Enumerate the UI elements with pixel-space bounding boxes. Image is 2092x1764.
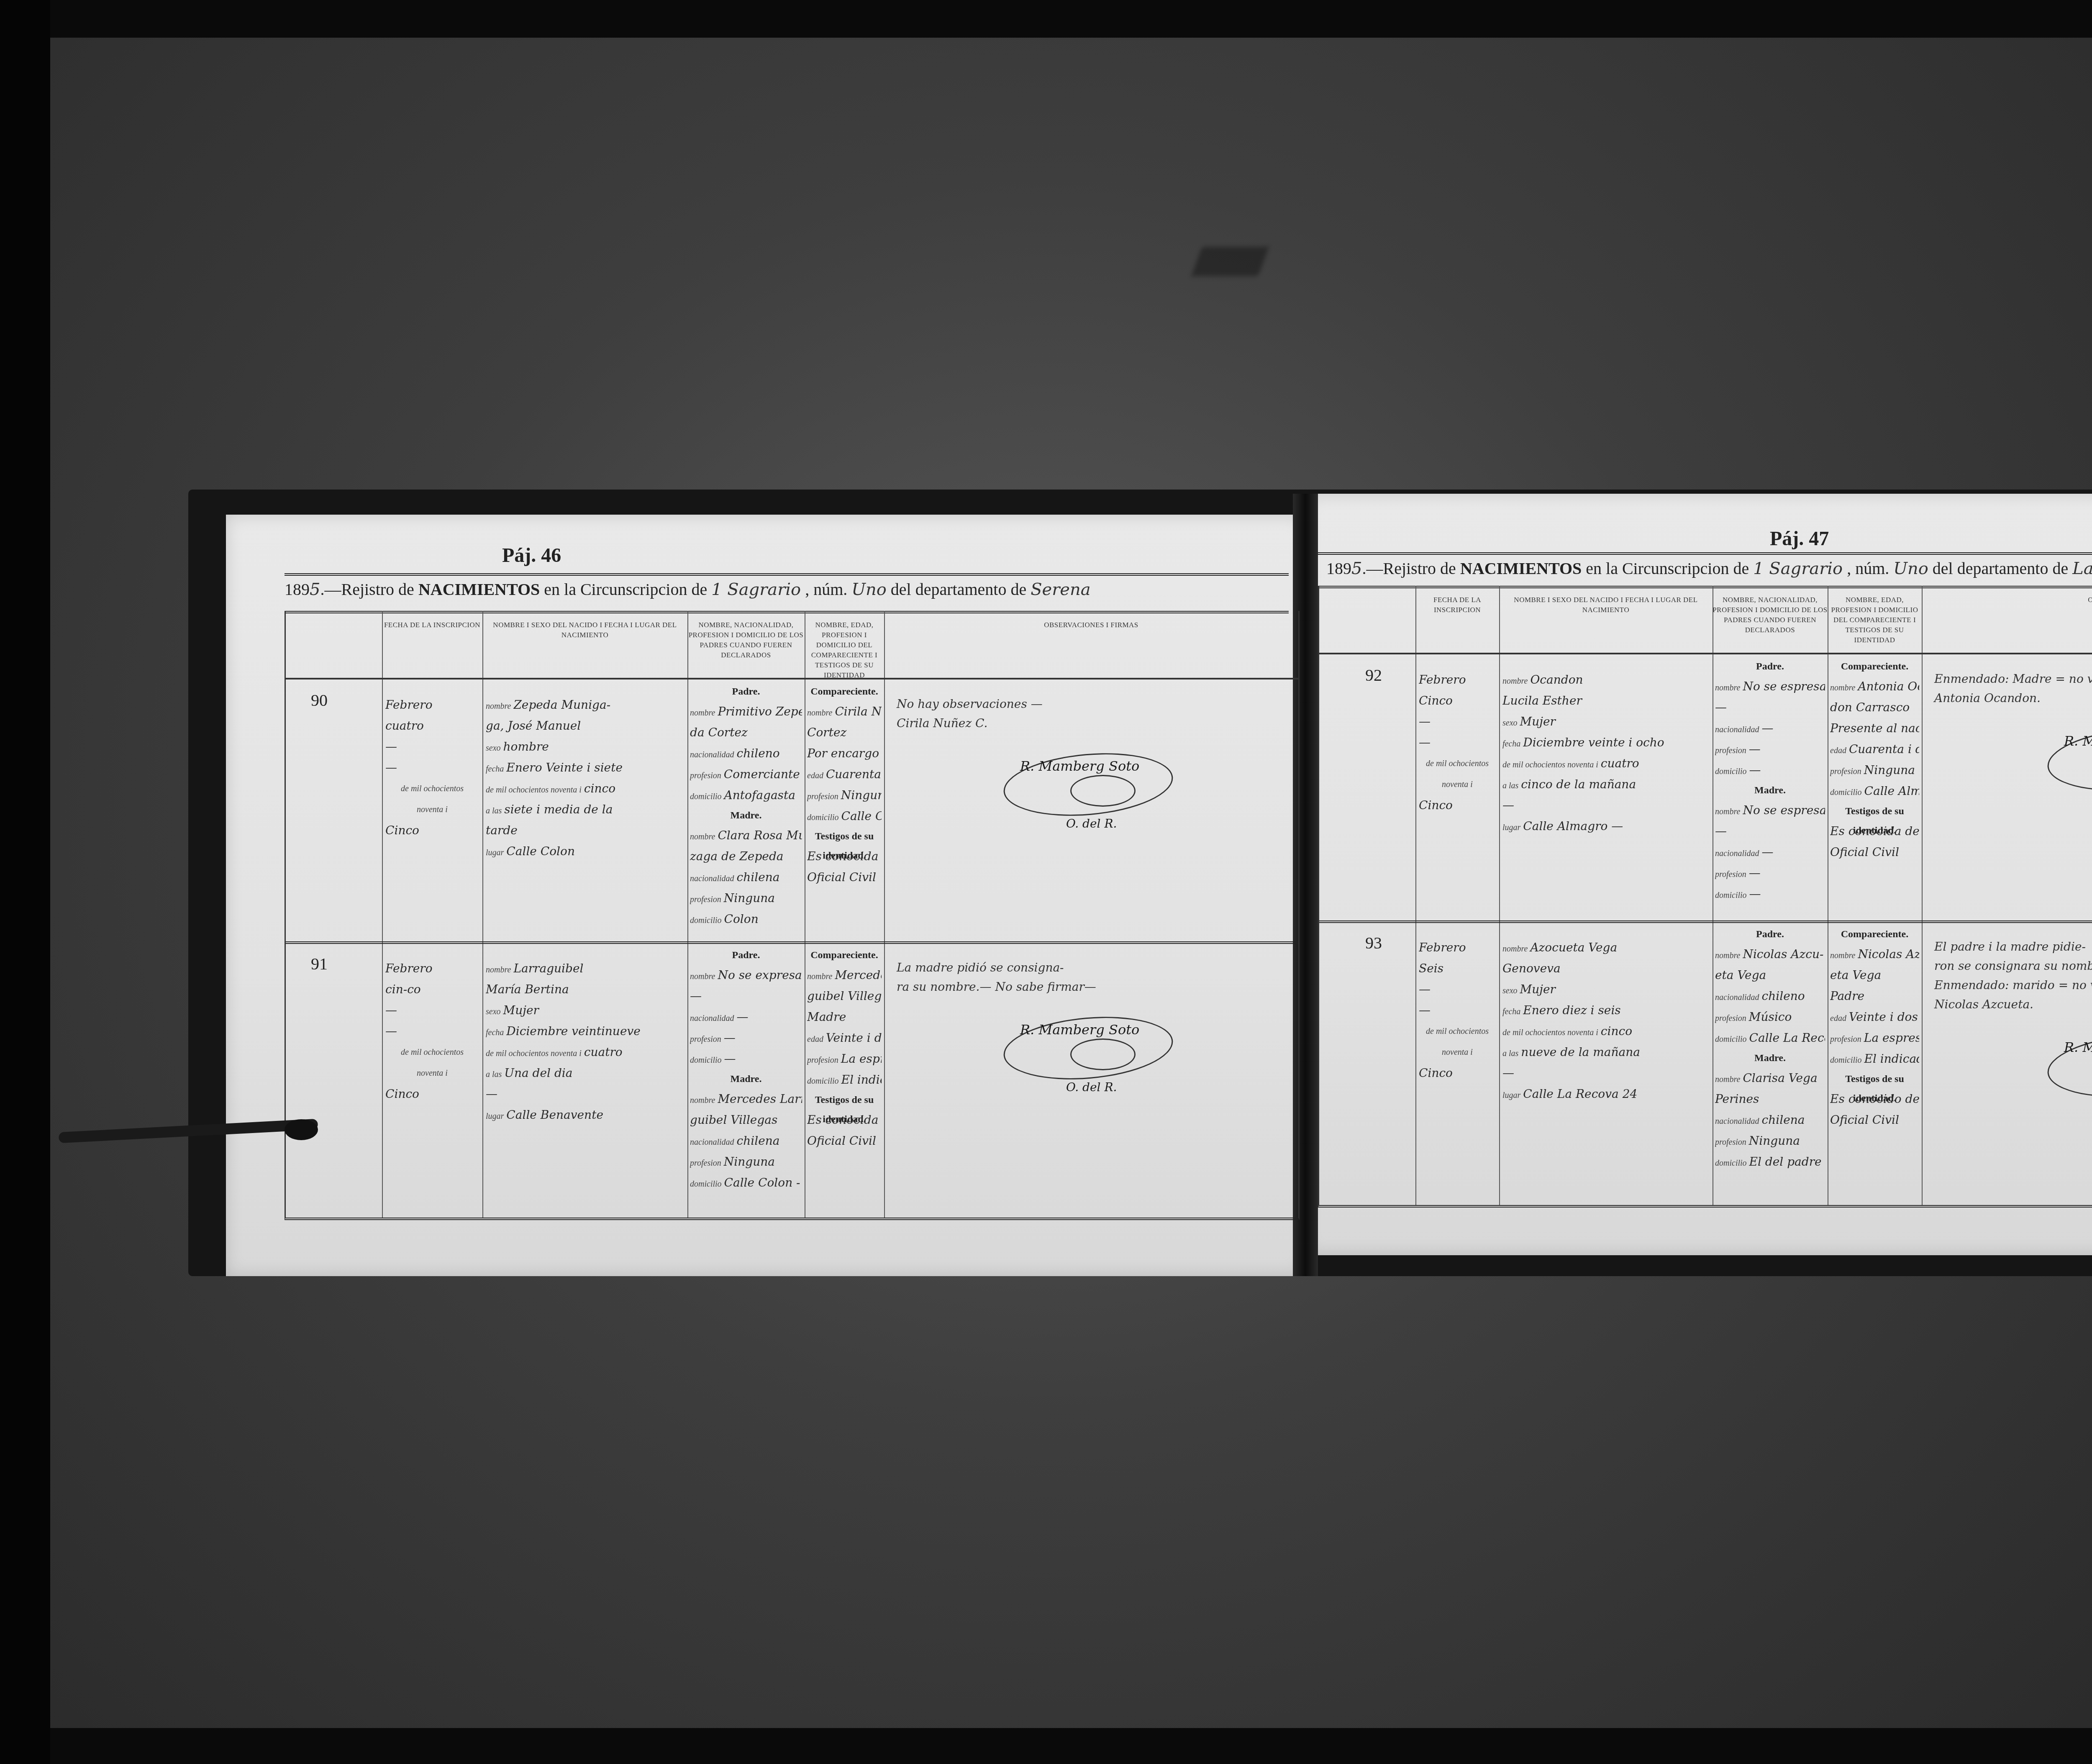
compareciente-nombre-label: nombre xyxy=(807,708,832,718)
signature-name: R. Mamberg Soto xyxy=(2064,1039,2092,1055)
observaciones-cell: La madre pidió se consigna-ra su nombre.… xyxy=(897,958,1286,1085)
compareciente-profesion-value: La espresada xyxy=(1864,1028,1919,1049)
header-divider xyxy=(1319,653,2092,654)
insc-noventa-label: noventa i xyxy=(385,799,479,820)
madre-nombre-label: nombre xyxy=(1715,807,1740,816)
nacido-nombre-cont-value: Genoveva xyxy=(1502,958,1626,979)
nacido-sexo-label: sexo xyxy=(486,744,501,753)
nacido-anio-label: de mil ochocientos noventa i xyxy=(1502,760,1598,769)
entry-number: 91 xyxy=(311,954,328,974)
padre-nombre-cont-value: eta Vega xyxy=(1715,965,1781,986)
nacido-cell: nombreZepeda Muniga-ga, José Manuelsexoh… xyxy=(486,695,684,862)
nacido-anio-label: de mil ochocientos noventa i xyxy=(486,785,582,795)
register-title: 1895.—Rejistro de NACIMIENTOS en la Circ… xyxy=(1326,559,2092,578)
padre-nombre-cont-row: eta Vega xyxy=(1715,965,1825,986)
padre-heading: Padre. xyxy=(690,682,802,701)
entry-divider xyxy=(1319,920,2092,923)
padre-domicilio-label: domicilio xyxy=(690,792,722,801)
nacido-hora-cont-value: tarde xyxy=(486,820,605,841)
nacido-lugar-row: lugarCalle Benavente xyxy=(486,1105,684,1126)
nacido-nombre-value: Azocueta Vega xyxy=(1530,937,1654,958)
signature-name: R. Mamberg Soto xyxy=(1020,758,1139,774)
nacido-hora-label: a las xyxy=(1502,1049,1518,1058)
nacido-hora-cont-value: — xyxy=(1502,1063,1626,1084)
padre-nacionalidad-row: nacionalidadchileno xyxy=(690,743,802,764)
madre-profesion-label: profesion xyxy=(1715,870,1746,879)
page-number: Páj. 46 xyxy=(502,544,561,567)
observacion-line: Enmendado: marido = no vale xyxy=(1934,976,2092,995)
compareciente-heading: Compareciente. xyxy=(807,682,882,701)
compareciente-edad-row: edadCuarenta i dos años xyxy=(1830,739,1919,760)
compareciente-domicilio-value: Calle Colon xyxy=(841,806,882,827)
compareciente-edad-row: edadCuarenta i dos años xyxy=(807,764,882,785)
nacido-hora-label: a las xyxy=(486,806,502,815)
madre-nombre-cont-value: guibel Villegas xyxy=(690,1110,777,1131)
padre-heading: Padre. xyxy=(690,946,802,965)
official-signature: R. Mamberg SotoO. del R. xyxy=(2047,1027,2092,1102)
compareciente-nombre-cont-row: guibel Villegas xyxy=(807,986,882,1007)
nacido-hora-cont-row: — xyxy=(1502,1063,1709,1084)
nacido-fecha-value: Enero diez i seis xyxy=(1523,1000,1647,1021)
padre-nombre-cont-value: — xyxy=(690,986,757,1007)
compareciente-cell: Compareciente.nombreMercedes Larraguibel… xyxy=(807,946,882,1151)
testigos-line-row: Oficial Civil xyxy=(1830,842,1919,863)
nacido-fecha-label: fecha xyxy=(1502,739,1520,749)
inscripcion-mes-value: Febrero xyxy=(1419,937,1466,958)
insc-mil-label: de mil ochocientos xyxy=(385,1042,479,1063)
compareciente-nombre-cont-row: eta Vega xyxy=(1830,965,1919,986)
padre-domicilio-row: domicilioCalle La Recova 24 xyxy=(1715,1028,1825,1049)
madre-profesion-value: Ninguna xyxy=(724,888,791,909)
madre-nombre-cont-row: — xyxy=(1715,821,1825,842)
madre-heading: Madre. xyxy=(690,806,802,825)
inscripcion-blank-row: — xyxy=(385,736,479,757)
nacido-hora-label: a las xyxy=(486,1070,502,1079)
testigos-heading: Testigos de su identidad. xyxy=(807,827,882,846)
nacido-lugar-row: lugarCalle La Recova 24 xyxy=(1502,1084,1709,1105)
madre-domicilio-row: domicilioCalle Colon - 29 xyxy=(690,1172,802,1193)
entry-divider xyxy=(286,941,1298,944)
column-divider xyxy=(1828,586,1828,1205)
madre-domicilio-value: El del padre xyxy=(1749,1151,1822,1172)
padre-nombre-value: Nicolas Azcu- xyxy=(1743,944,1823,965)
column-header: Nombre, edad, profesion i domicilio del … xyxy=(1828,586,1922,653)
column-header xyxy=(1319,586,1415,653)
madre-nacionalidad-label: nacionalidad xyxy=(1715,1117,1759,1126)
column-divider xyxy=(1713,586,1713,1205)
inscripcion-mes-row: Febrero xyxy=(1419,937,1496,958)
official-signature: R. Mamberg SotoO. del R. xyxy=(1003,1009,1179,1085)
title-bold: NACIMIENTOS xyxy=(418,580,540,599)
nacido-sexo-label: sexo xyxy=(1502,986,1518,995)
madre-heading: Madre. xyxy=(690,1069,802,1089)
entry-number: 90 xyxy=(311,690,328,710)
nacido-hora-value: cinco de la mañana xyxy=(1521,774,1645,795)
madre-profesion-row: profesion— xyxy=(1715,863,1825,884)
padre-nacionalidad-label: nacionalidad xyxy=(1715,993,1759,1002)
compareciente-profesion-row: profesionNinguna xyxy=(807,785,882,806)
compareciente-nombre-cont-value: Cortez xyxy=(807,722,852,743)
padre-nacionalidad-value: chileno xyxy=(1762,986,1825,1007)
madre-nombre-label: nombre xyxy=(690,1096,715,1105)
nacido-hora-value: siete i media de la xyxy=(504,799,623,820)
madre-nombre-value: Clarisa Vega xyxy=(1743,1068,1817,1089)
nacido-sexo-label: sexo xyxy=(486,1007,501,1016)
compareciente-cell: Compareciente.nombreCirila NuñezCortezPo… xyxy=(807,682,882,888)
inscripcion-cell: Febrerocin-co——de mil ochocientosnoventa… xyxy=(385,958,479,1105)
testigos-line-value: Es conocido del xyxy=(1830,1089,1919,1110)
madre-domicilio-row: domicilioEl del padre xyxy=(1715,1151,1825,1172)
compareciente-profesion-row: profesionLa espresada xyxy=(807,1049,882,1069)
madre-nombre-row: nombreClarisa Vega xyxy=(1715,1068,1825,1089)
title-post: en la Circunscripcion de xyxy=(540,580,711,599)
padre-nombre-cont-value: da Cortez xyxy=(690,722,757,743)
testigos-line-value: Oficial Civil xyxy=(1830,1110,1899,1131)
madre-nacionalidad-value: chilena xyxy=(1762,1110,1825,1131)
nacido-nombre-cont-row: Lucila Esther xyxy=(1502,690,1709,711)
depto-label: del departamento de xyxy=(887,580,1031,599)
column-header: Nombre, nacionalidad, profesion i domici… xyxy=(1713,586,1828,653)
nacido-hora-cont-value: — xyxy=(486,1084,605,1105)
nacido-nombre-cont-row: ga, José Manuel xyxy=(486,715,684,736)
inscripcion-cell: FebreroSeis——de mil ochocientosnoventa i… xyxy=(1419,937,1496,1084)
signature-title: O. del R. xyxy=(1066,817,1117,831)
compareciente-cell: Compareciente.nombreNicolas Azcu-eta Veg… xyxy=(1830,925,1919,1131)
column-header: Nombre, edad, profesion i domicilio del … xyxy=(805,611,884,678)
nacido-nombre-cont-value: ga, José Manuel xyxy=(486,715,605,736)
testigos-line-row: Es conocido del xyxy=(1830,1089,1919,1110)
year-handwritten: 5 xyxy=(1351,559,1362,578)
padre-domicilio-label: domicilio xyxy=(1715,1035,1747,1044)
compareciente-profesion-value: Ninguna xyxy=(1864,760,1918,781)
padre-nombre-cont-value: — xyxy=(1715,697,1781,718)
column-header: Nombre, nacionalidad, profesion i domici… xyxy=(687,611,805,678)
nacido-lugar-label: lugar xyxy=(1502,823,1520,832)
scan-border-top xyxy=(0,0,2092,38)
padre-nombre-cont-row: da Cortez xyxy=(690,722,802,743)
padre-nombre-value: No se espresa xyxy=(1743,676,1825,697)
year-handwritten: 5 xyxy=(310,580,320,599)
madre-nombre-label: nombre xyxy=(1715,1075,1740,1084)
madre-nombre-row: nombreNo se espresa xyxy=(1715,800,1825,821)
padre-profesion-row: profesionMúsico xyxy=(1715,1007,1825,1028)
padre-nombre-row: nombreNicolas Azcu- xyxy=(1715,944,1825,965)
num-value: Uno xyxy=(851,580,887,599)
padre-domicilio-row: domicilio— xyxy=(1715,760,1825,781)
inscripcion-blank-value: — xyxy=(1419,979,1465,1000)
padre-domicilio-value: — xyxy=(1749,760,1815,781)
inscripcion-cell: Febrerocuatro——de mil ochocientosnoventa… xyxy=(385,695,479,841)
circunscripcion-value: 1 Sagrario xyxy=(1753,559,1843,578)
padre-domicilio-value: — xyxy=(724,1049,792,1069)
column-divider xyxy=(382,611,383,1218)
title-pre: .—Rejistro de xyxy=(320,580,418,599)
madre-nacionalidad-label: nacionalidad xyxy=(690,1138,734,1147)
compareciente-relacion-value: Madre xyxy=(807,1007,852,1028)
inscripcion-anio-row: Cinco xyxy=(385,1084,479,1105)
nacido-cell: nombreLarraguibelMaría BertinasexoMujerf… xyxy=(486,958,684,1126)
padre-nombre-value: Primitivo Zepe- xyxy=(718,701,802,722)
official-signature: R. Mamberg SotoO. del R. xyxy=(2047,720,2092,796)
column-header: Fecha de la inscripcion xyxy=(1415,586,1499,653)
inscripcion-blank-value: — xyxy=(385,1000,441,1021)
compareciente-profesion-label: profesion xyxy=(807,792,838,801)
padre-profesion-label: profesion xyxy=(1715,1014,1746,1023)
compareciente-edad-row: edadVeinte i dos años xyxy=(807,1028,882,1049)
padre-nacionalidad-label: nacionalidad xyxy=(1715,725,1759,734)
nacido-nombre-label: nombre xyxy=(486,702,511,711)
compareciente-relacion-value: Por encargo de la madre xyxy=(807,743,882,764)
padre-nombre-row: nombreNo se espresa xyxy=(1715,676,1825,697)
padre-nacionalidad-value: chileno xyxy=(737,743,802,764)
year-printed: 189 xyxy=(1326,559,1351,578)
nacido-anio-label: de mil ochocientos noventa i xyxy=(486,1049,582,1058)
observaciones-cell: No hay observaciones —Cirila Nuñez C.R. … xyxy=(897,695,1286,821)
compareciente-domicilio-label: domicilio xyxy=(807,813,839,822)
madre-domicilio-label: domicilio xyxy=(690,1179,722,1189)
compareciente-profesion-label: profesion xyxy=(1830,1035,1861,1044)
padre-nombre-label: nombre xyxy=(690,708,715,718)
nacido-anio-value: cuatro xyxy=(1601,753,1709,774)
compareciente-heading: Compareciente. xyxy=(1830,657,1919,676)
nacido-hora-value: nueve de la mañana xyxy=(1521,1042,1645,1063)
nacido-sexo-value: Mujer xyxy=(503,1000,622,1021)
padres-cell: Padre.nombreNicolas Azcu-eta Veganaciona… xyxy=(1715,925,1825,1172)
madre-nombre-value: No se espresa xyxy=(1743,800,1825,821)
year-printed: 189 xyxy=(285,580,310,599)
madre-domicilio-row: domicilio— xyxy=(1715,884,1825,905)
nacido-fecha-row: fechaDiciembre veinte i ocho xyxy=(1502,732,1709,753)
madre-nombre-cont-value: — xyxy=(1715,821,1781,842)
padre-profesion-label: profesion xyxy=(690,771,721,780)
observacion-line: No hay observaciones — xyxy=(897,695,1286,714)
nacido-hora-row: a lasnueve de la mañana xyxy=(1502,1042,1709,1063)
padre-profesion-value: Músico xyxy=(1749,1007,1815,1028)
padre-nacionalidad-label: nacionalidad xyxy=(690,750,734,759)
column-header: Fecha de la inscripcion xyxy=(382,611,482,678)
compareciente-edad-label: edad xyxy=(807,1035,823,1044)
inscripcion-dia-row: cin-co xyxy=(385,979,479,1000)
compareciente-nombre-label: nombre xyxy=(807,972,832,981)
padre-nombre-row: nombrePrimitivo Zepe- xyxy=(690,701,802,722)
madre-domicilio-value: — xyxy=(1749,884,1815,905)
madre-profesion-label: profesion xyxy=(690,1159,721,1168)
observaciones-cell: Enmendado: Madre = no vale-Antonia Ocand… xyxy=(1934,669,2092,796)
nacido-anio-label: de mil ochocientos noventa i xyxy=(1502,1028,1598,1037)
padre-nombre-label: nombre xyxy=(690,972,715,981)
testigos-line-row: Es conocida del xyxy=(807,1110,882,1131)
compareciente-relacion-row: Por encargo de la madre xyxy=(807,743,882,764)
compareciente-nombre-value: Mercedes Larra xyxy=(835,965,882,986)
inscripcion-blank-value: — xyxy=(385,736,441,757)
compareciente-domicilio-row: domicilioEl indicado xyxy=(807,1069,882,1090)
nacido-sexo-value: Mujer xyxy=(1520,979,1644,1000)
nacido-anio-row: de mil ochocientos noventa icuatro xyxy=(486,1042,684,1063)
nacido-fecha-label: fecha xyxy=(486,1028,504,1037)
inscripcion-anio-value: Cinco xyxy=(385,820,441,841)
nacido-sexo-row: sexoMujer xyxy=(1502,979,1709,1000)
padre-nacionalidad-label: nacionalidad xyxy=(690,1014,734,1023)
observacion-line: ron se consignara su nombre xyxy=(1934,956,2092,976)
compareciente-edad-label: edad xyxy=(1830,746,1846,755)
nacido-cell: nombreOcandonLucila EsthersexoMujerfecha… xyxy=(1502,669,1709,837)
official-signature: R. Mamberg SotoO. del R. xyxy=(1003,746,1179,821)
nacido-lugar-row: lugarCalle Colon xyxy=(486,841,684,862)
nacido-nombre-row: nombreLarraguibel xyxy=(486,958,684,979)
nacido-nombre-label: nombre xyxy=(1502,944,1528,954)
testigos-line-value: Oficial Civil xyxy=(807,867,876,888)
nacido-sexo-row: sexohombre xyxy=(486,736,684,757)
nacido-hora-cont-row: tarde xyxy=(486,820,684,841)
observacion-line: El padre i la madre pidie- xyxy=(1934,937,2092,956)
padre-profesion-label: profesion xyxy=(1715,746,1746,755)
compareciente-domicilio-label: domicilio xyxy=(1830,1056,1862,1065)
compareciente-edad-value: Cuarenta i dos años xyxy=(1849,739,1919,760)
entry-number: 92 xyxy=(1365,665,1382,685)
madre-nacionalidad-row: nacionalidad— xyxy=(1715,842,1825,863)
inscripcion-mes-value: Febrero xyxy=(385,958,441,979)
nacido-fecha-label: fecha xyxy=(1502,1007,1520,1016)
column-header: Observaciones i firmas xyxy=(1922,586,2092,653)
signature-title: O. del R. xyxy=(1066,1080,1117,1094)
insc-noventa-label: noventa i xyxy=(1419,774,1496,795)
padre-nombre-cont-row: — xyxy=(1715,697,1825,718)
nacido-fecha-value: Diciembre veintinueve xyxy=(506,1021,641,1042)
nacido-nombre-value: Ocandon xyxy=(1530,669,1654,690)
compareciente-nombre-cont-value: guibel Villegas xyxy=(807,986,882,1007)
column-header xyxy=(286,611,382,678)
column-divider xyxy=(1499,586,1500,1205)
padre-nombre-label: nombre xyxy=(1715,683,1740,692)
nacido-nombre-row: nombreAzocueta Vega xyxy=(1502,937,1709,958)
padre-nombre-label: nombre xyxy=(1715,951,1740,960)
header-rule-top xyxy=(1318,552,2092,555)
compareciente-nombre-label: nombre xyxy=(1830,951,1855,960)
compareciente-nombre-value: Cirila Nuñez xyxy=(835,701,882,722)
padre-profesion-row: profesion— xyxy=(1715,739,1825,760)
signature-name: R. Mamberg Soto xyxy=(2064,733,2092,749)
testigos-line-row: Oficial Civil xyxy=(1830,1110,1919,1131)
testigos-line-value: Es conocida del xyxy=(1830,821,1919,842)
inscripcion-anio-row: Cinco xyxy=(385,820,479,841)
compareciente-nombre-cont-row: Cortez xyxy=(807,722,882,743)
compareciente-nombre-row: nombreMercedes Larra xyxy=(807,965,882,986)
madre-nombre-value: Clara Rosa Muni- xyxy=(718,825,802,846)
nacido-anio-row: de mil ochocientos noventa icuatro xyxy=(1502,753,1709,774)
madre-nombre-cont-value: zaga de Zepeda xyxy=(690,846,784,867)
inscripcion-dia-row: Cinco xyxy=(1419,690,1496,711)
madre-nombre-cont-row: guibel Villegas xyxy=(690,1110,802,1131)
nacido-sexo-value: Mujer xyxy=(1520,711,1644,732)
nacido-anio-value: cuatro xyxy=(584,1042,684,1063)
nacido-lugar-label: lugar xyxy=(486,1112,504,1121)
compareciente-relacion-row: Presente al nacimiento (Madre tachado) xyxy=(1830,718,1919,739)
madre-profesion-row: profesionNinguna xyxy=(1715,1131,1825,1151)
compareciente-nombre-cont-value: eta Vega xyxy=(1830,965,1884,986)
testigos-line-value: Es conocida del xyxy=(807,1110,882,1131)
nacido-lugar-value: Calle Benavente xyxy=(506,1105,625,1126)
observacion-line: La madre pidió se consigna- xyxy=(897,958,1286,977)
inscripcion-blank-row: — xyxy=(385,757,479,778)
madre-nombre-value: Mercedes Larra- xyxy=(718,1089,802,1110)
cover-mark xyxy=(1191,247,1269,276)
column-divider xyxy=(805,611,805,1218)
insc-mil-label: de mil ochocientos xyxy=(1419,753,1496,774)
madre-profesion-row: profesionNinguna xyxy=(690,888,802,909)
madre-profesion-row: profesionNinguna xyxy=(690,1151,802,1172)
compareciente-nombre-value: Nicolas Azcu- xyxy=(1858,944,1919,965)
nacido-hora-cont-value: — xyxy=(1502,795,1626,816)
nacido-cell: nombreAzocueta VegaGenovevasexoMujerfech… xyxy=(1502,937,1709,1105)
observacion-line: ra su nombre.— No sabe firmar— xyxy=(897,977,1286,997)
testigos-heading: Testigos de su identidad. xyxy=(1830,1069,1919,1089)
column-divider xyxy=(482,611,483,1218)
compareciente-edad-value: Veinte i dos años xyxy=(826,1028,882,1049)
testigos-line-value: Oficial Civil xyxy=(807,1131,876,1151)
inscripcion-dia-value: Seis xyxy=(1419,958,1465,979)
column-header: Observaciones i firmas xyxy=(884,611,1298,678)
inscripcion-blank-row: — xyxy=(1419,1000,1496,1021)
padre-profesion-value: Comerciante xyxy=(724,764,800,785)
compareciente-domicilio-row: domicilioCalle Alma-gro — xyxy=(1830,781,1919,802)
inscripcion-dia-value: Cinco xyxy=(1419,690,1465,711)
column-header: Nombre i sexo del nacido i fecha i lugar… xyxy=(1499,586,1713,653)
nacido-nombre-row: nombreOcandon xyxy=(1502,669,1709,690)
inscripcion-anio-value: Cinco xyxy=(385,1084,441,1105)
nacido-hora-cont-row: — xyxy=(1502,795,1709,816)
title-pre: .—Rejistro de xyxy=(1362,559,1460,578)
header-divider xyxy=(286,678,1298,679)
inscripcion-blank-value: — xyxy=(1419,711,1465,732)
compareciente-nombre-cont-value: don Carrasco xyxy=(1830,697,1910,718)
nacido-fecha-row: fechaEnero Veinte i siete xyxy=(486,757,684,778)
compareciente-domicilio-label: domicilio xyxy=(1830,788,1862,797)
padre-domicilio-label: domicilio xyxy=(690,1056,722,1065)
nacido-sexo-label: sexo xyxy=(1502,718,1518,728)
compareciente-cell: Compareciente.nombreAntonia Ocan-don Car… xyxy=(1830,657,1919,863)
madre-heading: Madre. xyxy=(1715,1049,1825,1068)
padre-nacionalidad-value: — xyxy=(737,1007,802,1028)
inscripcion-dia-value: cuatro xyxy=(385,715,441,736)
padre-nacionalidad-row: nacionalidad— xyxy=(690,1007,802,1028)
compareciente-profesion-value: La espresada xyxy=(841,1049,882,1069)
compareciente-nombre-cont-row: don Carrasco xyxy=(1830,697,1919,718)
padre-profesion-value: — xyxy=(724,1028,791,1049)
inscripcion-blank-row: — xyxy=(1419,711,1496,732)
testigos-line-row: Es conocida del xyxy=(1830,821,1919,842)
compareciente-relacion-row: Padre xyxy=(1830,986,1919,1007)
inscripcion-blank-value: — xyxy=(385,1021,441,1042)
compareciente-domicilio-value: El indicado xyxy=(841,1069,882,1090)
inscripcion-dia-row: Seis xyxy=(1419,958,1496,979)
inscripcion-mes-value: Febrero xyxy=(1419,669,1466,690)
madre-domicilio-label: domicilio xyxy=(1715,891,1747,900)
madre-domicilio-label: domicilio xyxy=(1715,1159,1747,1168)
compareciente-profesion-label: profesion xyxy=(1830,767,1861,776)
padre-nombre-cont-row: — xyxy=(690,986,802,1007)
inscripcion-blank-value: — xyxy=(385,757,441,778)
madre-domicilio-row: domicilioColon xyxy=(690,909,802,930)
inscripcion-blank-value: — xyxy=(1419,732,1465,753)
madre-nacionalidad-value: chilena xyxy=(737,867,802,888)
padres-cell: Padre.nombrePrimitivo Zepe-da Corteznaci… xyxy=(690,682,802,930)
signature-name: R. Mamberg Soto xyxy=(1020,1022,1139,1038)
nacido-nombre-row: nombreZepeda Muniga- xyxy=(486,695,684,715)
inscripcion-mes-value: Febrero xyxy=(385,695,441,715)
signature-flourish xyxy=(1070,1038,1136,1070)
madre-nombre-row: nombreClara Rosa Muni- xyxy=(690,825,802,846)
compareciente-nombre-value: Antonia Ocan- xyxy=(1858,676,1919,697)
